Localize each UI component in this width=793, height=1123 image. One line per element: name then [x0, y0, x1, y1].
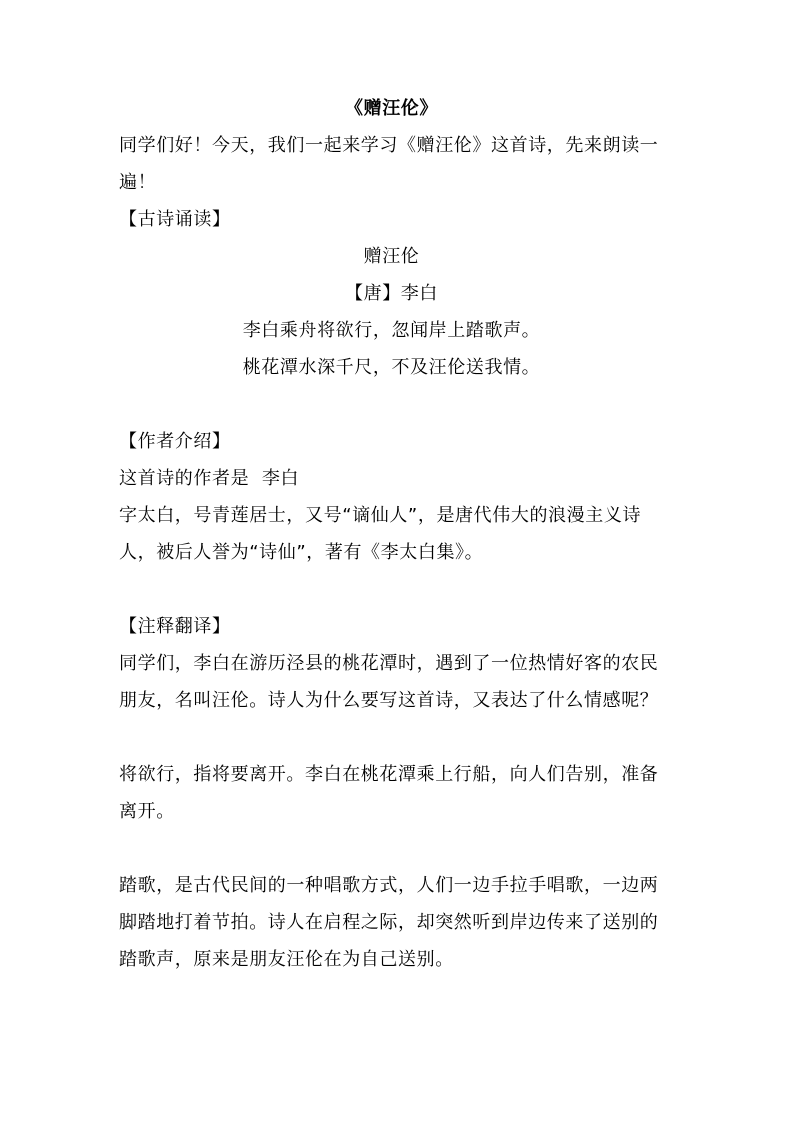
section-heading-recitation: 【古诗诵读】 [119, 201, 664, 238]
spacer [119, 830, 664, 867]
document-title: 《赠汪伦》 [119, 90, 664, 127]
poem-line-1: 李白乘舟将欲行，忽闻岸上踏歌声。 [119, 312, 664, 349]
section-heading-author: 【作者介绍】 [119, 423, 664, 460]
poem-title: 赠汪伦 [119, 238, 664, 275]
document-page: 《赠汪伦》 同学们好！今天，我们一起来学习《赠汪伦》这首诗，先来朗读一 遍！ 【… [119, 90, 664, 978]
annotation-para2-line-2: 离开。 [119, 793, 664, 830]
spacer [119, 571, 664, 608]
spacer [119, 386, 664, 423]
annotation-para3-line-3: 踏歌声，原来是朋友汪伦在为自己送别。 [119, 941, 664, 978]
section-heading-annotation: 【注释翻译】 [119, 608, 664, 645]
poem-author: 【唐】李白 [119, 275, 664, 312]
annotation-para1-line-1: 同学们，李白在游历泾县的桃花潭时，遇到了一位热情好客的农民 [119, 645, 664, 682]
author-line-2: 字太白，号青莲居士，又号“谪仙人”，是唐代伟大的浪漫主义诗 [119, 497, 664, 534]
poem-line-2: 桃花潭水深千尺，不及汪伦送我情。 [119, 349, 664, 386]
intro-line-1: 同学们好！今天，我们一起来学习《赠汪伦》这首诗，先来朗读一 [119, 127, 664, 164]
author-line-3: 人，被后人誉为“诗仙”，著有《李太白集》。 [119, 534, 664, 571]
spacer [119, 719, 664, 756]
annotation-para3-line-2: 脚踏地打着节拍。诗人在启程之际，却突然听到岸边传来了送别的 [119, 904, 664, 941]
annotation-para2-line-1: 将欲行，指将要离开。李白在桃花潭乘上行船，向人们告别，准备 [119, 756, 664, 793]
annotation-para3-line-1: 踏歌，是古代民间的一种唱歌方式，人们一边手拉手唱歌，一边两 [119, 867, 664, 904]
intro-line-2: 遍！ [119, 164, 664, 201]
author-line-1: 这首诗的作者是 李白 [119, 460, 664, 497]
annotation-para1-line-2: 朋友，名叫汪伦。诗人为什么要写这首诗，又表达了什么情感呢？ [119, 682, 664, 719]
